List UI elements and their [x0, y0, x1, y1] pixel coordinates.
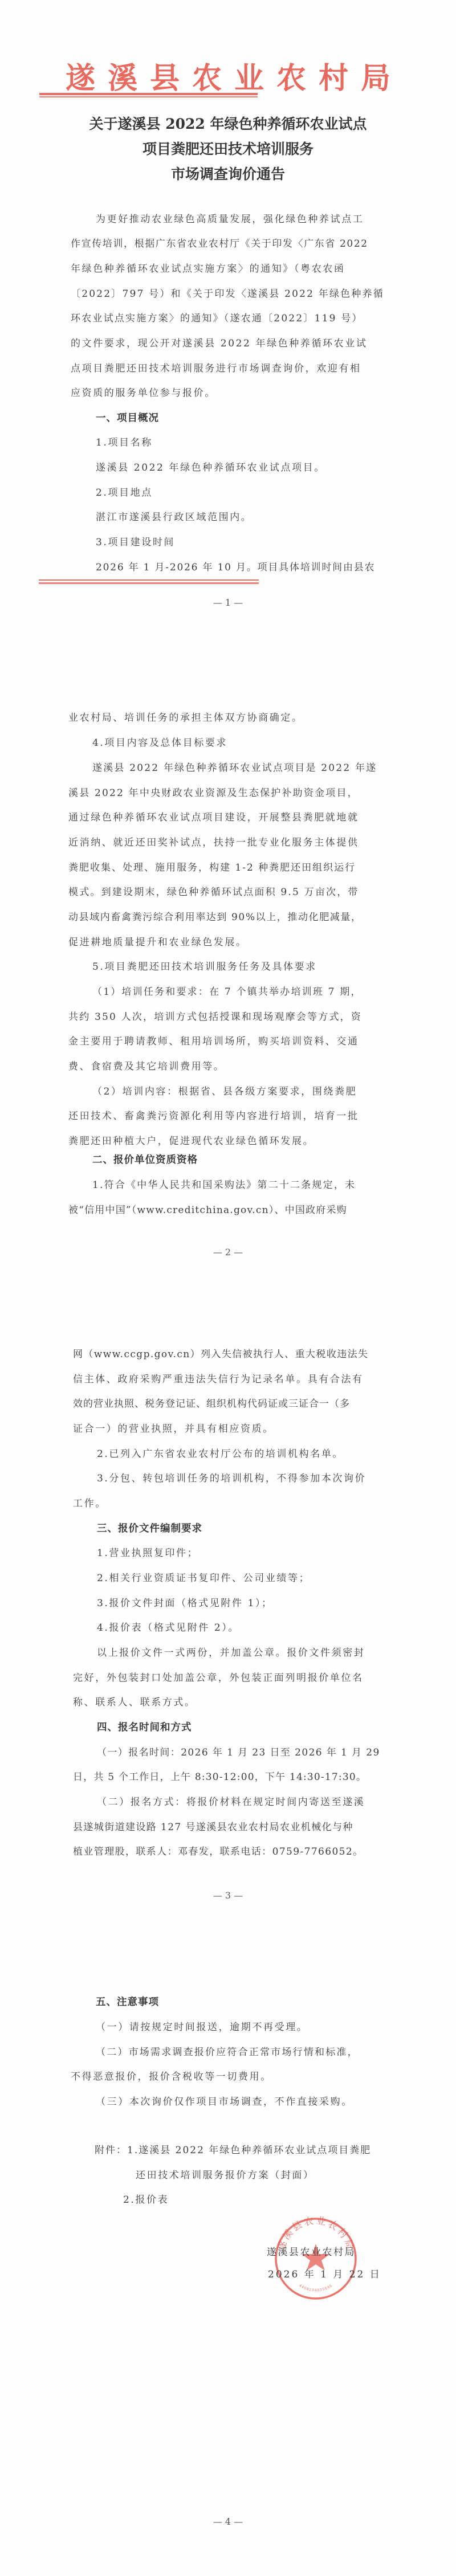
body-line: 被“信用中国”（www.creditchina.gov.cn）、中国政府采购 — [68, 1203, 347, 1217]
body-line: （2）培训内容：根据省、县各级方案要求，围绕粪肥 — [92, 1085, 357, 1099]
body-line: 溪县 2022 年中央财政农业资源及生态保护补助资金项目， — [68, 786, 359, 800]
body-line: 工作。 — [73, 1497, 107, 1511]
title-line-2: 项目粪肥还田技术培训服务 — [0, 137, 456, 162]
body-line: 1.符合《中华人民共和国采购法》第二十二条规定，未 — [92, 1178, 356, 1192]
item-label: 1.项目名称 — [96, 436, 153, 450]
body-line: 模式。到建设期末，绿色种养循环试点面积 9.5 万亩次，带 — [68, 885, 359, 899]
body-line: 以上报价文件一式两份，并加盖公章。报价文件须密封 — [97, 1646, 365, 1660]
body-line: 促进耕地质量提升和农业绿色发展。 — [68, 936, 247, 949]
body-line: 植业管理股，联系人：邓春发，联系电话：0759-7766052。 — [73, 1845, 364, 1859]
item-label: 5.项目粪肥还田技术培训服务任务及具体要求 — [92, 960, 317, 974]
body-line: 县遂城街道建设路 127 号遂溪县农业农村局农业机械化与种 — [73, 1820, 353, 1834]
page-1: 遂溪县农业农村局 关于遂溪县 2022 年绿色种养循环农业试点 项目粪肥还田技术… — [0, 0, 456, 644]
document-title: 关于遂溪县 2022 年绿色种养循环农业试点 项目粪肥还田技术培训服务 市场调查… — [0, 112, 456, 187]
seal-icon: 遂溪县农业农村局 4408234035696 — [272, 2215, 359, 2302]
list-item: 3.报价文件封面（格式见附件 1）； — [97, 1597, 273, 1610]
body-line: 网（www.ccgp.gov.cn）列入失信被执行人、重大税收违法失 — [73, 1348, 368, 1361]
body-line: 日，共 5 个工作日，上午 8:30-12:00，下午 14:30-17:30。 — [73, 1770, 367, 1784]
body-line: （一）报名时间：2026 年 1 月 23 日至 2026 年 1 月 29 — [97, 1746, 380, 1759]
page-4: 五、注意事项 （一）请按规定时间报送，逾期不再受理。 （二）市场需求调查报价应符… — [0, 1920, 456, 2576]
section-5-heading: 五、注意事项 — [96, 1995, 159, 2009]
page-3: 网（www.ccgp.gov.cn）列入失信被执行人、重大税收违法失 信主体、政… — [0, 1282, 456, 1920]
body-line: 完好，外包装封口处加盖公章，外包装正面列明报价单位名 — [73, 1671, 364, 1685]
page-bottom-red-rule — [39, 579, 259, 584]
page-number: — 1 — — [0, 597, 456, 608]
body-line: （1）培训任务和要求：在 7 个镇共举办培训班 7 期， — [92, 985, 362, 999]
intro-line: 〔2022〕797 号）和《关于印发〈遂溪县 2022 年绿色种养循 — [71, 287, 384, 301]
body-line: 通过绿色种养循环农业试点项目建设，开展整县粪肥就地就 — [68, 811, 359, 824]
list-item: 2.相关行业资质证书复印件、公司业绩等； — [97, 1571, 310, 1585]
body-line: 信主体、政府采购严重违法失信行为记录名单。具有合法有 — [73, 1373, 364, 1386]
body-line: 金主要用于聘请教师、租用培训场所，购买培训资料、交通 — [68, 1035, 359, 1048]
body-line: 效的营业执照、税务登记证、组织机构代码证或三证合一（多 — [73, 1397, 350, 1411]
body-line: 动县域内畜禽粪污综合利用率达到 90%以上，推动化肥减量， — [68, 911, 362, 924]
item-label: 4.项目内容及总体目标要求 — [92, 736, 227, 750]
body-line: 2.已列入广东省农业农村厅公布的培训机构名单。 — [97, 1447, 344, 1461]
letterhead-org-name: 遂溪县农业农村局 — [0, 54, 456, 97]
letterhead-red-rule — [39, 93, 258, 97]
title-line-3: 市场调查询价通告 — [0, 162, 456, 187]
body-line: 遂溪县 2022 年绿色种养循环农业试点项目是 2022 年遂 — [92, 761, 377, 775]
item-value: 湛江市遂溪县行政区域范围内。 — [96, 511, 252, 524]
body-line: 共约 350 人次，培训方式包括授课和现场观摩会等方式，资 — [68, 1010, 362, 1024]
svg-text:4408234035696: 4408234035696 — [298, 2284, 333, 2292]
body-line: 粪肥还田种植大户，促进现代农业绿色循环发展。 — [68, 1134, 314, 1148]
section-3-heading: 三、报价文件编制要求 — [97, 1522, 202, 1536]
section-4-heading: 四、报名时间和方式 — [97, 1721, 192, 1734]
attachment-line: 2.报价表 — [123, 2193, 169, 2207]
item-value: 遂溪县 2022 年绿色种养循环农业试点项目。 — [96, 461, 325, 475]
intro-line: 点项目粪肥还田技术培训服务进行市场调查询价，欢迎有相 — [71, 362, 361, 375]
body-line: 近消纳、就近还田奖补试点，扶持一批专业化服务主体提供 — [68, 836, 359, 850]
body-line: （二）报名方式：将报价材料在规定时间内寄送至遂溪 — [97, 1795, 365, 1809]
body-line: 3.分包、转包培训任务的培训机构，不得参加本次询价 — [97, 1472, 366, 1485]
official-seal: 遂溪县农业农村局 4408234035696 — [272, 2215, 359, 2302]
item-label: 2.项目地点 — [96, 486, 153, 500]
page-number: — 2 — — [0, 1247, 456, 1258]
intro-line: 的文件要求，现公开对遂溪县 2022 年绿色种养循环农业试 — [71, 337, 367, 350]
page-number: — 4 — — [0, 2516, 456, 2527]
body-line: （一）请按规定时间报送，逾期不再受理。 — [96, 2020, 308, 2034]
page-2: 业农村局、培训任务的承担主体双方协商确定。 4.项目内容及总体目标要求 遂溪县 … — [0, 644, 456, 1282]
item-label: 3.项目建设时间 — [96, 536, 175, 549]
body-line: 称、联系人、联系方式。 — [73, 1696, 196, 1709]
intro-line: 年绿色种养循环农业试点实施方案〉的通知》（粤农农函 — [71, 262, 345, 276]
body-line: （三）本次询价仅作项目市场调查，不作直接采购。 — [96, 2095, 353, 2109]
body-line: （二）市场需求调查报价应符合正常市场行情和标准， — [96, 2046, 359, 2059]
section-1-heading: 一、项目概况 — [96, 411, 159, 425]
attachment-line: 附件：1.遂溪县 2022 年绿色种养循环农业试点项目粪肥 — [95, 2144, 371, 2157]
attachment-line: 还田技术培训服务报价方案（封面） — [136, 2169, 315, 2182]
intro-line: 为更好推动农业绿色高质量发展，强化绿色种养试点工 — [96, 213, 364, 226]
body-line: 粪肥收集、处理、施用服务，构建 1-2 种粪肥还田组织运行 — [68, 861, 356, 875]
section-2-heading: 二、报价单位资质资格 — [92, 1153, 198, 1167]
signature-date: 2026 年 1 月 22 日 — [268, 2266, 381, 2280]
body-line: 证合一）的营业执照，并具有相应资质。 — [73, 1422, 274, 1436]
body-line: 不得恶意报价，报价含税收等一切费用。 — [71, 2070, 272, 2084]
intro-line: 环农业试点实施方案〉的通知》（遂农通〔2022〕119 号） — [71, 312, 363, 325]
body-line: 费、食宿费及其它培训费用等。 — [68, 1060, 225, 1073]
title-line-1: 关于遂溪县 2022 年绿色种养循环农业试点 — [0, 112, 456, 137]
item-value: 业农村局、培训任务的承担主体双方协商确定。 — [68, 711, 303, 725]
body-line: 还田技术、畜禽粪污资源化利用等内容进行培训，培育一批 — [68, 1109, 359, 1123]
intro-line: 作宣传培训，根据广东省农业农村厅《关于印发〈广东省 2022 — [71, 237, 368, 251]
page-number: — 3 — — [0, 1890, 456, 1901]
signature-org: 遂溪县农业农村局 — [267, 2244, 356, 2258]
intro-line: 应资质的服务单位参与报价。 — [71, 386, 216, 400]
list-item: 1.营业执照复印件； — [97, 1546, 198, 1560]
item-value: 2026 年 1 月-2026 年 10 月。项目具体培训时间由县农 — [96, 561, 375, 574]
list-item: 4.报价表（格式见附件 2）。 — [97, 1621, 239, 1635]
